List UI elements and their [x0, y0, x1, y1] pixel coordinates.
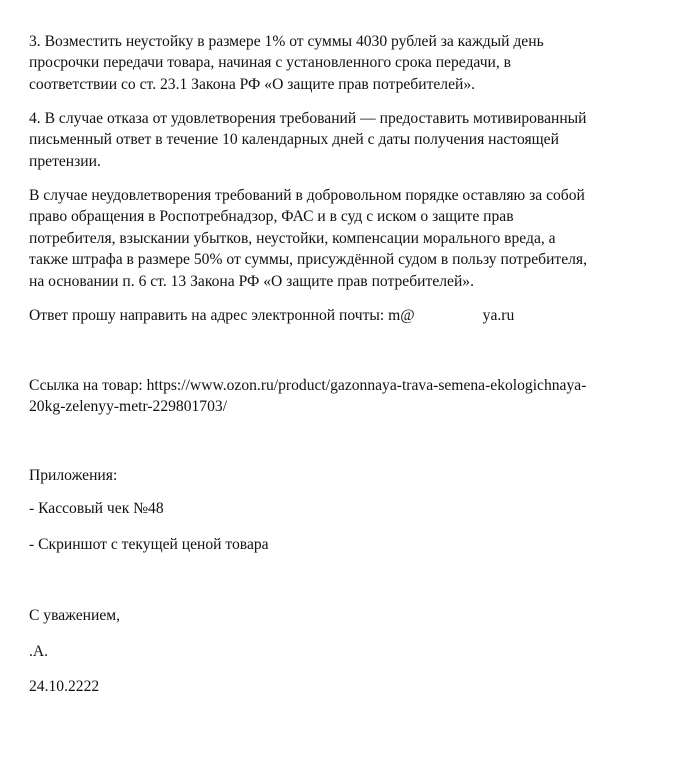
paragraph-email-request: Ответ прошу направить на адрес электронн…: [29, 305, 514, 326]
paragraph-product-link: Ссылка на товар: https://www.ozon.ru/pro…: [29, 375, 586, 418]
attachment-item: - Скриншот с текущей ценой товара: [29, 534, 269, 555]
attachments-title: Приложения:: [29, 465, 117, 486]
closing-greeting: С уважением,: [29, 605, 120, 626]
email-request-prefix: Ответ прошу направить на адрес электронн…: [29, 307, 415, 324]
email-request-suffix: ya.ru: [483, 307, 515, 324]
product-link-label: Ссылка на товар:: [29, 377, 147, 394]
paragraph-item-3: 3. Возместить неустойку в размере 1% от …: [29, 31, 544, 95]
paragraph-warning: В случае неудовлетворения требований в д…: [29, 185, 587, 292]
attachment-item: - Кассовый чек №48: [29, 498, 164, 519]
signature: .А.: [29, 641, 48, 662]
paragraph-item-4: 4. В случае отказа от удовлетворения тре…: [29, 108, 587, 172]
document-date: 24.10.2222: [29, 676, 99, 697]
